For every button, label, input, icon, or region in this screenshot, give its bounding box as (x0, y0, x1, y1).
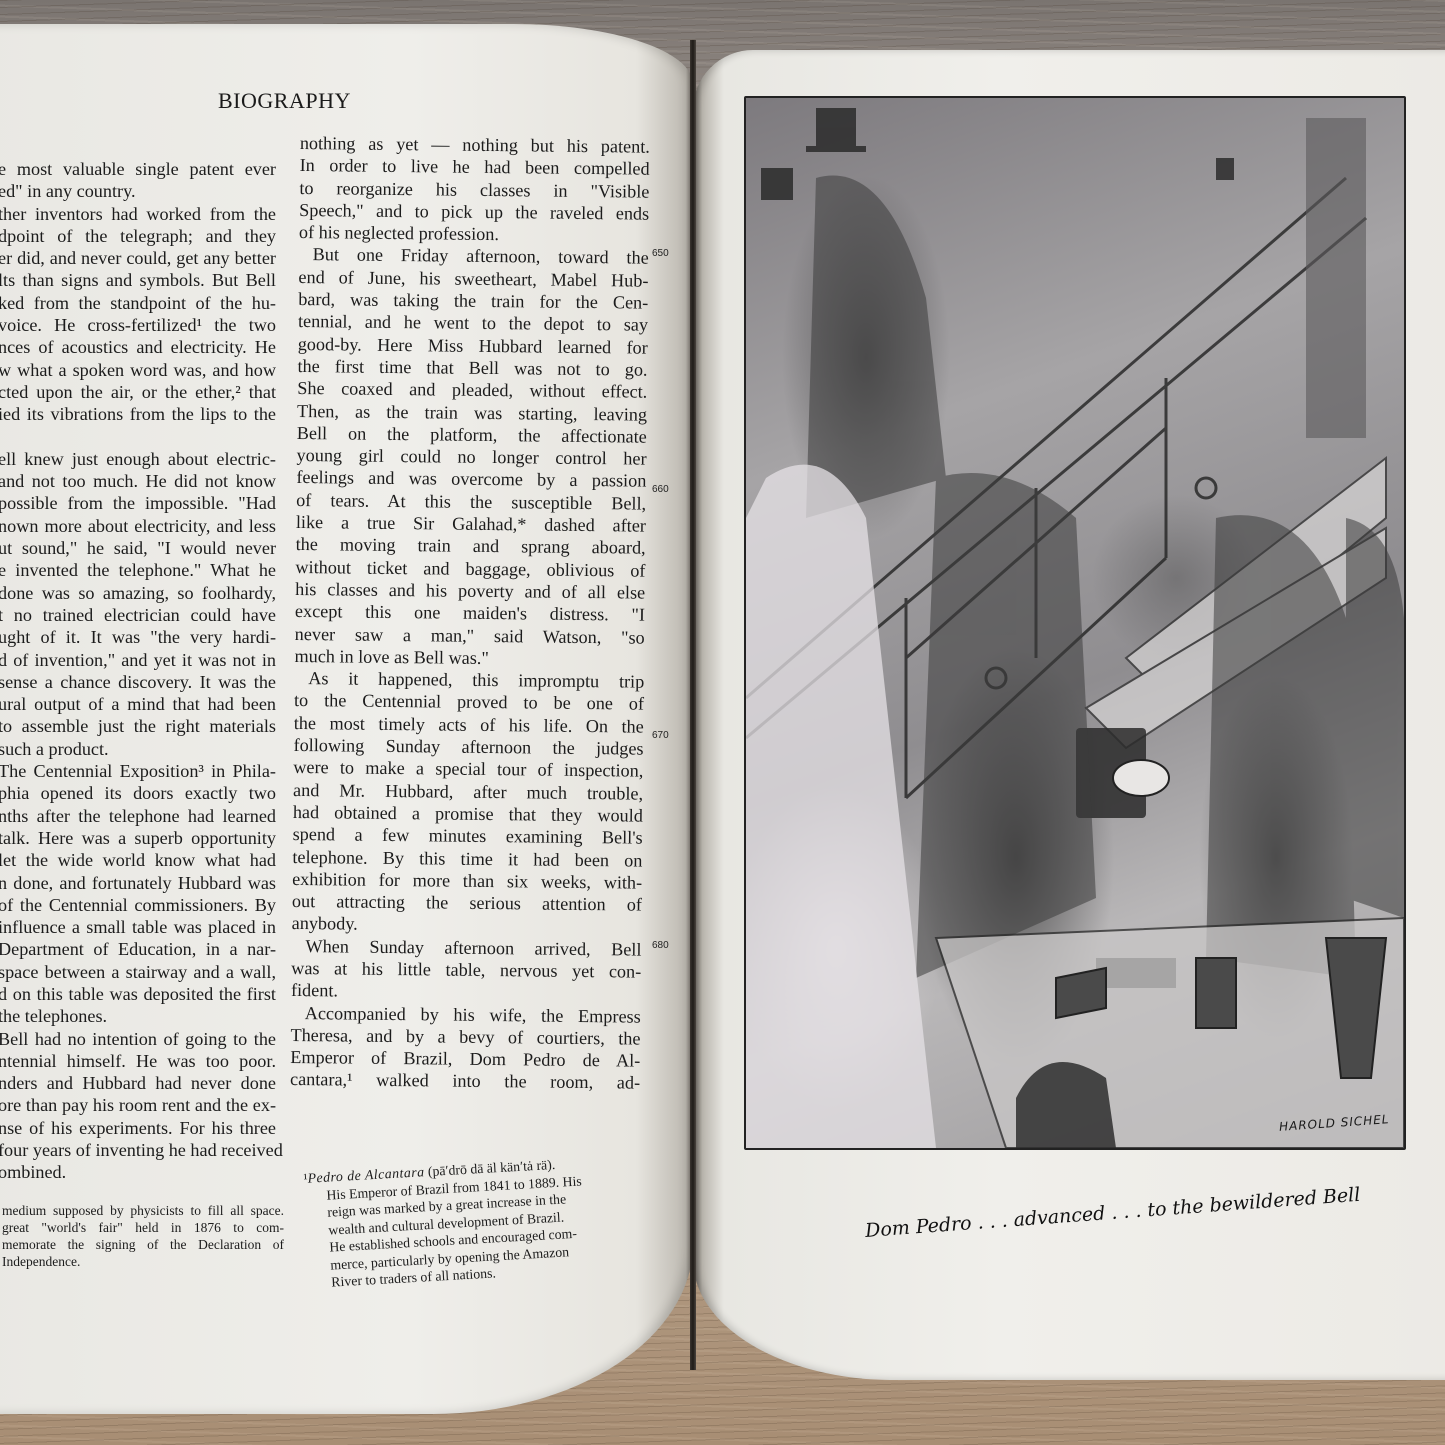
text-line: ell knew just enough about electric- (0, 448, 276, 470)
text-line: n done, and fortunately Hubbard was (0, 872, 276, 894)
text-line: anybody. (292, 912, 642, 938)
text-line: er did, and never could, get any better (0, 247, 276, 269)
text-line: possible from the impossible. "Had (0, 492, 276, 514)
text-line: ut sound," he said, "I would never (0, 537, 276, 559)
text-line: lts than signs and symbols. But Bell (0, 269, 276, 291)
text-line: ught of it. It was "the very hardi- (0, 626, 276, 648)
text-line: to the Centennial proved to be one of (294, 689, 644, 715)
text-column-2: nothing as yet — nothing but his patent.… (290, 132, 650, 1094)
text-line: spend a few minutes examining Bell's (293, 823, 643, 849)
text-line: cantara,¹ walked into the room, ad- (290, 1068, 640, 1094)
text-line: the telephones. (0, 1005, 276, 1027)
text-line: four years of inventing he had received (0, 1139, 276, 1161)
text-line: phia opened its doors exactly two (0, 782, 276, 804)
text-line: t no trained electrician could have (0, 604, 276, 626)
text-line: ed" in any country. (0, 180, 276, 202)
text-line: ntennial himself. He was too poor. (0, 1050, 276, 1072)
text-line: ied its vibrations from the lips to the (0, 403, 276, 425)
text-line: nown more about electricity, and less (0, 515, 276, 537)
text-line: talk. Here was a superb opportunity (0, 827, 276, 849)
text-column-1: e most valuable single patent evered" in… (0, 158, 276, 1184)
illustration-sketch (746, 98, 1404, 1148)
text-line: In order to live he had been compelled (300, 154, 650, 180)
text-line: to assemble just the right materials (0, 715, 276, 737)
text-line: Bell had no intention of going to the (0, 1028, 276, 1050)
text-line: nse of his experiments. For his three (0, 1117, 276, 1139)
running-head: BIOGRAPHY (218, 88, 351, 114)
text-line: done was so amazing, so foolhardy, (0, 582, 276, 604)
text-line: the moving train and sprang aboard, (296, 533, 646, 559)
text-line: of the Centennial commissioners. By (0, 894, 276, 916)
footnotes-left-column: medium supposed by physicists to fill al… (2, 1202, 284, 1270)
footnote-line: medium supposed by physicists to fill al… (2, 1202, 284, 1219)
line-number-marker: 680 (652, 940, 669, 951)
text-line: tennial, and he went to the depot to say (298, 310, 648, 336)
text-line: d on this table was deposited the first (0, 983, 276, 1005)
line-number-marker: 650 (652, 248, 669, 259)
text-line: were to make a special tour of inspectio… (293, 756, 643, 782)
footnote-line: Independence. (2, 1253, 284, 1270)
text-line: She coaxed and pleaded, without effect. (297, 377, 647, 403)
text-line: space between a stairway and a wall, (0, 961, 276, 983)
text-line: nders and Hubbard had never done (0, 1072, 276, 1094)
text-line: let the wide world know what had (0, 849, 276, 871)
text-line: feelings and was overcome by a passion (296, 466, 646, 492)
line-number-marker: 660 (652, 484, 669, 495)
text-line: ural output of a mind that had been (0, 693, 276, 715)
text-line: ked from the standpoint of the hu- (0, 292, 276, 314)
footnote-pedro-de-alcantara: ¹Pedro de Alcantara (pā′drō dā äl kän′tȧ… (303, 1150, 664, 1292)
text-line: dpoint of the telegraph; and they (0, 225, 276, 247)
text-line: sense a chance discovery. It was the (0, 671, 276, 693)
text-line: e invented the telephone." What he (0, 559, 276, 581)
text-line: ther inventors had worked from the (0, 203, 276, 225)
illustration-dom-pedro-meets-bell: HAROLD SICHEL (744, 96, 1406, 1150)
text-line: nces of acoustics and electricity. He (0, 336, 276, 358)
text-line (0, 426, 276, 448)
text-line: Department of Education, in a nar- (0, 938, 276, 960)
line-number-marker: 670 (652, 730, 669, 741)
text-line: w what a spoken word was, and how (0, 359, 276, 381)
text-line: d of invention," and yet it was not in (0, 649, 276, 671)
text-line: The Centennial Exposition³ in Phila- (0, 760, 276, 782)
footnote-line: great "world's fair" held in 1876 to com… (2, 1219, 284, 1236)
footnote-line: memorate the signing of the Declaration … (2, 1236, 284, 1253)
book-gutter (690, 40, 696, 1370)
text-line: was at his little table, nervous yet con… (291, 957, 641, 983)
text-line: and not too much. He did not know (0, 470, 276, 492)
text-line: ombined. (0, 1161, 276, 1183)
text-line: ore than pay his room rent and the ex- (0, 1094, 276, 1116)
text-line: except this one maiden's distress. "I (295, 600, 645, 626)
text-line: influence a small table was placed in (0, 916, 276, 938)
text-line: e most valuable single patent ever (0, 158, 276, 180)
text-line: nths after the telephone had learned (0, 805, 276, 827)
text-line: voice. He cross-fertilized¹ the two (0, 314, 276, 336)
text-line: cted upon the air, or the ether,² that (0, 381, 276, 403)
text-line: such a product. (0, 738, 276, 760)
